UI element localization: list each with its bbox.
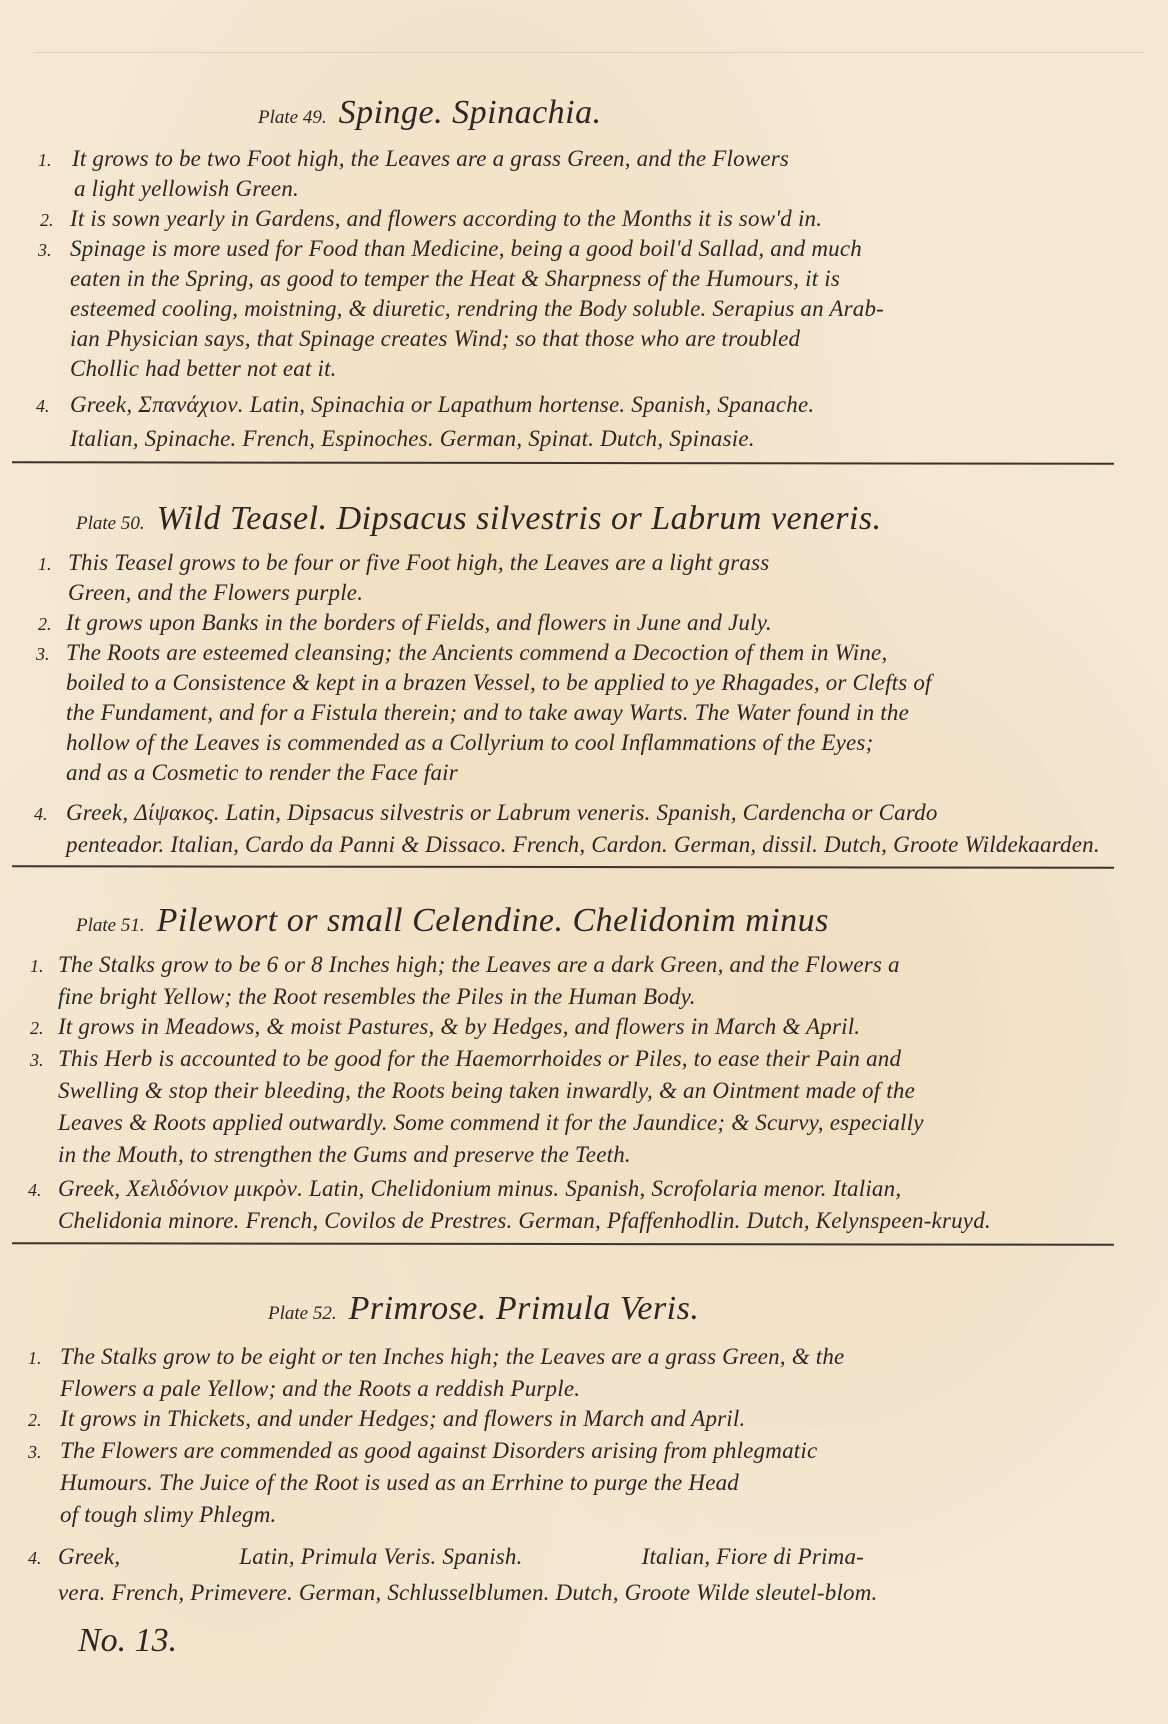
text-line: It grows in Thickets, and under Hedges; … bbox=[60, 1406, 745, 1432]
text-line: boiled to a Consistence & kept in a braz… bbox=[66, 670, 932, 696]
plate-number: Plate 52. bbox=[268, 1303, 337, 1324]
text-line: the Fundament, and for a Fistula therein… bbox=[66, 700, 909, 726]
entry-title-plate-50: Plate 50. Wild Teasel. Dipsacus silvestr… bbox=[76, 500, 882, 538]
entry-title-plate-49: Plate 49. Spinge. Spinachia. bbox=[258, 94, 602, 132]
text-line: eaten in the Spring, as good to temper t… bbox=[70, 266, 840, 292]
text-line: The Flowers are commended as good agains… bbox=[60, 1438, 817, 1464]
text-line: It grows to be two Foot high, the Leaves… bbox=[72, 146, 789, 172]
item-number: 2. bbox=[40, 210, 54, 231]
plate-number: Plate 49. bbox=[258, 107, 327, 128]
text-line: in the Mouth, to strengthen the Gums and… bbox=[58, 1142, 631, 1168]
text-line: and as a Cosmetic to render the Face fai… bbox=[66, 760, 458, 786]
text-line: The Stalks grow to be eight or ten Inche… bbox=[60, 1344, 844, 1370]
text-line: The Stalks grow to be 6 or 8 Inches high… bbox=[58, 952, 900, 978]
text-line: Spinage is more used for Food than Medic… bbox=[70, 236, 862, 262]
item-number: 4. bbox=[28, 1180, 42, 1201]
page-signature-number: No. 13. bbox=[78, 1622, 177, 1660]
text-line: hollow of the Leaves is commended as a C… bbox=[66, 730, 873, 756]
text-line: penteador. Italian, Cardo da Panni & Dis… bbox=[66, 832, 1100, 858]
text-line: Leaves & Roots applied outwardly. Some c… bbox=[58, 1110, 924, 1136]
entry-title-plate-52: Plate 52. Primrose. Primula Veris. bbox=[268, 1290, 699, 1328]
item-number: 3. bbox=[28, 1442, 42, 1463]
text-line: a light yellowish Green. bbox=[74, 176, 299, 202]
text-line: It is sown yearly in Gardens, and flower… bbox=[70, 206, 822, 232]
text-line: This Teasel grows to be four or five Foo… bbox=[68, 550, 769, 576]
item-number: 1. bbox=[38, 554, 52, 575]
text-line: Greek, Δίψακος. Latin, Dipsacus silvestr… bbox=[66, 800, 938, 826]
item-number: 3. bbox=[36, 644, 50, 665]
text-line: Flowers a pale Yellow; and the Roots a r… bbox=[60, 1376, 580, 1402]
item-number: 1. bbox=[38, 150, 52, 171]
text-line: ian Physician says, that Spinage creates… bbox=[70, 326, 800, 352]
text-line: Italian, Spinache. French, Espinoches. G… bbox=[70, 426, 755, 452]
item-number: 2. bbox=[38, 614, 52, 635]
plant-name: Pilewort or small Celendine. Chelidonim … bbox=[157, 902, 829, 939]
text-line: Swelling & stop their bleeding, the Root… bbox=[58, 1078, 915, 1104]
item-number: 2. bbox=[30, 1018, 44, 1039]
text-line: Greek, Σπανάχιον. Latin, Spinachia or La… bbox=[70, 392, 814, 418]
item-number: 1. bbox=[30, 956, 44, 977]
text-line: Chollic had better not eat it. bbox=[70, 356, 337, 382]
plate-number: Plate 51. bbox=[76, 915, 145, 936]
item-number: 4. bbox=[28, 1548, 42, 1569]
text-line: fine bright Yellow; the Root resembles t… bbox=[58, 984, 696, 1010]
text-line: Greek, Χελιδόνιον μικρὸν. Latin, Chelido… bbox=[58, 1176, 901, 1202]
text-line: Green, and the Flowers purple. bbox=[68, 580, 363, 606]
text-line: Humours. The Juice of the Root is used a… bbox=[60, 1470, 739, 1496]
item-number: 4. bbox=[34, 804, 48, 825]
plant-name: Wild Teasel. Dipsacus silvestris or Labr… bbox=[157, 500, 882, 537]
item-number: 2. bbox=[28, 1410, 42, 1431]
text-line: vera. French, Primevere. German, Schluss… bbox=[58, 1580, 878, 1606]
text-line: of tough slimy Phlegm. bbox=[60, 1502, 277, 1528]
text-line: Greek, Latin, Primula Veris. Spanish. It… bbox=[58, 1544, 864, 1570]
plant-name: Primrose. Primula Veris. bbox=[349, 1290, 700, 1327]
item-number: 4. bbox=[36, 396, 50, 417]
text-line: esteemed cooling, moistning, & diuretic,… bbox=[70, 296, 884, 322]
text-line: This Herb is accounted to be good for th… bbox=[58, 1046, 901, 1072]
plate-number: Plate 50. bbox=[76, 513, 145, 534]
text-line: It grows upon Banks in the borders of Fi… bbox=[66, 610, 772, 636]
item-number: 3. bbox=[38, 240, 52, 261]
item-number: 3. bbox=[30, 1050, 44, 1071]
text-line: Chelidonia minore. French, Covilos de Pr… bbox=[58, 1208, 991, 1234]
entry-title-plate-51: Plate 51. Pilewort or small Celendine. C… bbox=[76, 902, 829, 940]
text-line: The Roots are esteemed cleansing; the An… bbox=[66, 640, 887, 666]
text-line: It grows in Meadows, & moist Pastures, &… bbox=[58, 1014, 860, 1040]
item-number: 1. bbox=[28, 1348, 42, 1369]
plant-name: Spinge. Spinachia. bbox=[339, 94, 602, 131]
engraved-page: Plate 49. Spinge. Spinachia. 1. It grows… bbox=[0, 0, 1168, 1724]
